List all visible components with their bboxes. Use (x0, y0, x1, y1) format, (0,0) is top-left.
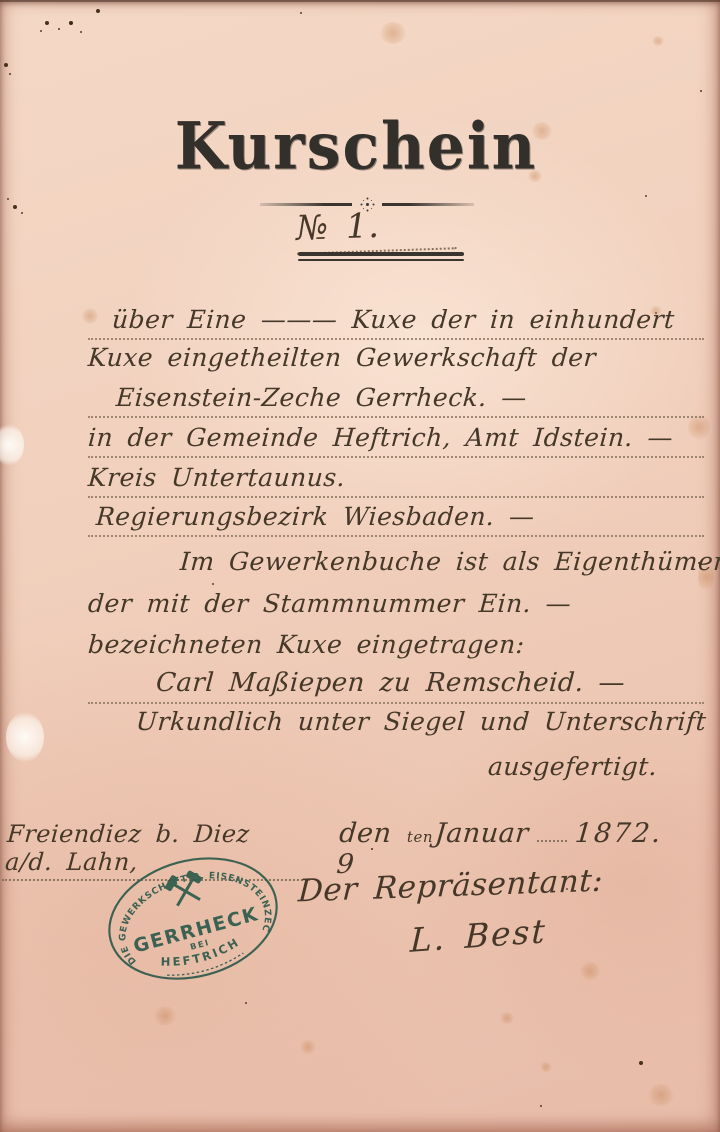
body-line: ausgefertigt. (88, 753, 704, 782)
paper-stain (380, 22, 406, 44)
document-page: Kurschein № 1. über Eine ——— Kuxe der in… (0, 0, 720, 1132)
body-line: bezeichneten Kuxe eingetragen: (88, 631, 704, 660)
date-ordinal: ten (407, 828, 433, 846)
double-rule (298, 252, 464, 261)
document-number: № 1. (295, 203, 457, 255)
body-line: Urkundlich unter Siegel und Unterschrift (88, 708, 704, 737)
paper-stain (648, 1084, 674, 1106)
body-line: Im Gewerkenbuche ist als Eigenthümer (88, 548, 704, 577)
body-line: Eisenstein-Zeche Gerrheck. — (88, 384, 704, 413)
paper-stain (300, 1040, 316, 1054)
document-title: Kurschein (0, 109, 712, 185)
paper-stain (154, 1006, 176, 1026)
signature: L. Best (409, 911, 547, 960)
date-year: 1872. (573, 818, 663, 849)
body-line: über Eine ——— Kuxe der in einhundert (88, 306, 704, 335)
ink-speckles (0, 0, 2, 2)
paper-stain (580, 962, 600, 980)
body-line: Regierungsbezirk Wiesbaden. — (88, 503, 704, 532)
dotted-leader (537, 840, 567, 842)
body-line: Kuxe eingetheilten Gewerkschaft der (88, 344, 704, 373)
date-month: Januar (434, 818, 530, 849)
body-line: in der Gemeinde Heftrich, Amt Idstein. — (88, 424, 704, 453)
body-line: der mit der Stammnummer Ein. — (88, 590, 704, 619)
body-line owner-name: Carl Maßiepen zu Remscheid. — (88, 669, 704, 699)
paper-stain (540, 1062, 552, 1072)
paper-stain (652, 36, 664, 46)
paper-stain (500, 1012, 514, 1024)
paper-damage-spot (0, 424, 24, 466)
body-line: Kreis Untertaunus. (88, 464, 704, 493)
paper-damage-spot (6, 712, 44, 762)
